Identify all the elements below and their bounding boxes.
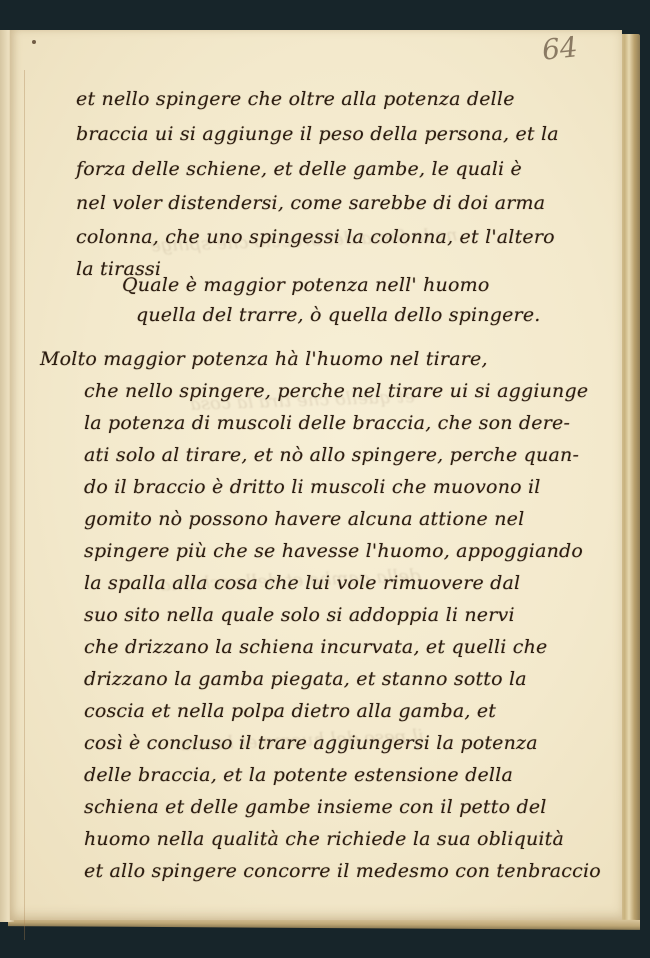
- text-line: huomo nella qualità che richiede la sua …: [84, 828, 564, 850]
- text-line: che drizzano la schiena incurvata, et qu…: [84, 636, 547, 658]
- section-heading-line: Quale è maggior potenza nell' huomo: [122, 274, 489, 296]
- text-line: et nello spingere che oltre alla potenza…: [76, 88, 515, 110]
- paragraph-start-line: Molto maggior potenza hà l'huomo nel tir…: [40, 348, 488, 370]
- text-line: do il braccio è dritto li muscoli che mu…: [84, 476, 541, 498]
- text-line: nel voler distendersi, come sarebbe di d…: [76, 192, 545, 214]
- text-line: ati solo al tirare, et nò allo spingere,…: [84, 444, 579, 466]
- text-line: forza delle schiene, et delle gambe, le …: [76, 158, 522, 180]
- section-heading-line: quella del trarre, ò quella dello spinge…: [136, 304, 541, 326]
- text-line: la potenza di muscoli delle braccia, che…: [84, 412, 570, 434]
- text-line: coscia et nella polpa dietro alla gamba,…: [84, 700, 496, 722]
- text-line: suo sito nella quale solo si addoppia li…: [84, 604, 515, 626]
- text-line: delle braccia, et la potente estensione …: [84, 764, 513, 786]
- text-line: così è concluso il trare aggiungersi la …: [84, 732, 538, 754]
- text-line: braccia ui si aggiunge il peso della per…: [76, 123, 559, 145]
- text-line: schiena et delle gambe insieme con il pe…: [84, 796, 547, 818]
- text-line: gomito nò possono havere alcuna attione …: [84, 508, 524, 530]
- text-line: che nello spingere, perche nel tirare ui…: [84, 380, 588, 402]
- text-line: drizzano la gamba piegata, et stanno sot…: [84, 668, 527, 690]
- text-line: et allo spingere concorre il medesmo con…: [84, 860, 601, 882]
- text-line: colonna, che uno spingessi la colonna, e…: [76, 226, 555, 248]
- text-line: spingere più che se havesse l'huomo, app…: [84, 540, 583, 562]
- handwritten-text: et nello spingere che oltre alla potenza…: [10, 30, 622, 920]
- text-line: la spalla alla cosa che lui vole rimuove…: [84, 572, 520, 594]
- manuscript-page: ne la forza del braccio che spinge et qu…: [10, 30, 622, 920]
